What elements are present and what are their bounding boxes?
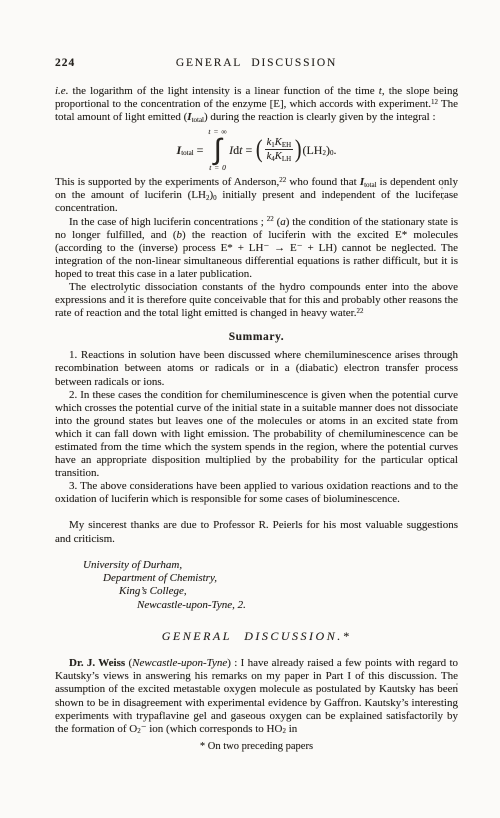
scan-speck <box>456 683 458 685</box>
paragraph-anderson-support: This is supported by the experiments of … <box>55 176 458 215</box>
page-header: 224 GENERAL DISCUSSION <box>55 57 458 72</box>
paragraph-weiss-remarks: Dr. J. Weiss (Newcastle-upon-Tyne) : I h… <box>55 657 458 736</box>
paragraph-electrolytic: The electrolytic dissociation constants … <box>55 281 458 320</box>
fraction-numerator: k1KEH <box>265 137 294 150</box>
summary-item-3: 3. The above considerations have been ap… <box>55 480 458 506</box>
page-number: 224 <box>55 57 75 69</box>
address-line-college: King’s College, <box>119 585 458 598</box>
integral-formula: Itotal = t = ∞ ∫ t = 0 Idt = ( k1KEH k4K… <box>55 127 458 172</box>
address-line-city: Newcastle-upon-Tyne, 2. <box>137 599 458 612</box>
paragraph-light-intensity: i.e. the logarithm of the light intensit… <box>55 85 458 124</box>
paragraph-high-luciferin: In the case of high luciferin concentrat… <box>55 216 458 281</box>
scan-speck <box>442 197 444 200</box>
integral-group: t = ∞ ∫ t = 0 <box>208 127 227 172</box>
formula-rhs: (LH2)0. <box>302 144 336 156</box>
address-line-university: University of Durham, <box>83 559 458 572</box>
open-paren: ( <box>256 137 263 162</box>
formula-lhs: Itotal = <box>177 144 207 156</box>
discussion-section-heading: GENERAL DISCUSSION.* <box>55 629 458 644</box>
fraction-denominator: k4KLH <box>267 150 292 162</box>
scan-speck <box>441 187 443 189</box>
integral-sign: ∫ <box>214 136 222 163</box>
footnote: * On two preceding papers <box>55 741 458 752</box>
address-line-department: Department of Chemistry, <box>103 572 458 585</box>
rate-constant-fraction: k1KEH k4KLH <box>265 137 294 162</box>
scanned-page: 224 GENERAL DISCUSSION i.e. the logarith… <box>0 0 500 752</box>
summary-heading: Summary. <box>55 331 458 343</box>
summary-item-1: 1. Reactions in solution have been discu… <box>55 349 458 388</box>
summary-item-2: 2. In these cases the condition for chem… <box>55 389 458 481</box>
integral-lower-limit: t = 0 <box>209 163 226 172</box>
running-title: GENERAL DISCUSSION <box>176 57 337 69</box>
close-paren: ) <box>295 137 302 162</box>
author-address-block: University of Durham, Department of Chem… <box>55 559 458 613</box>
paragraph-acknowledgement: My sincerest thanks are due to Professor… <box>55 519 458 545</box>
formula-integrand: Idt = <box>229 144 255 156</box>
